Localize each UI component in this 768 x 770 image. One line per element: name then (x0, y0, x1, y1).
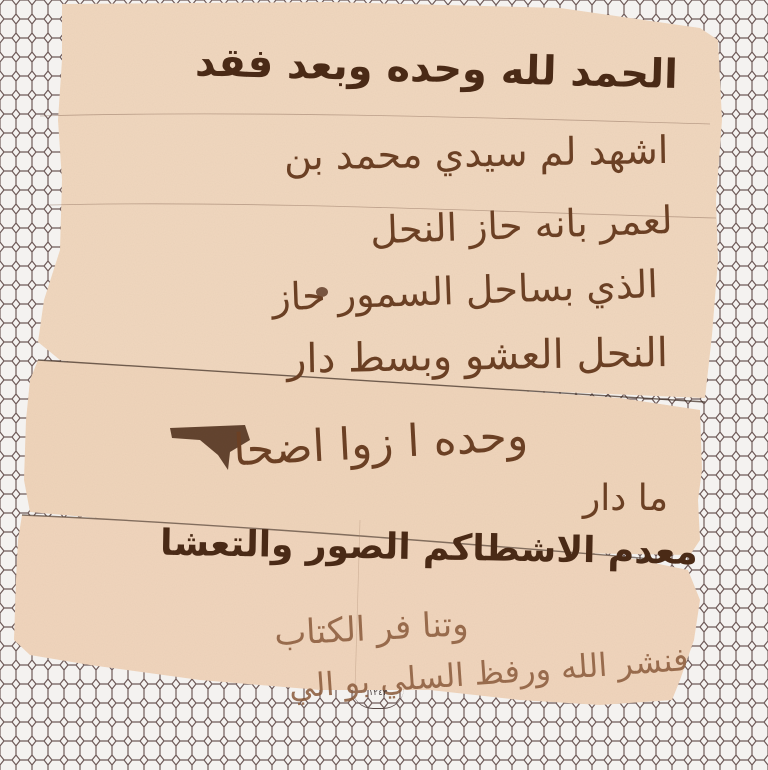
manuscript-line-2: اشهد لم سيدي محمد بن (283, 128, 668, 179)
manuscript-line-7: ما دار (583, 478, 668, 519)
manuscript-line-5: النحل العشو وبسط دار (287, 330, 669, 383)
manuscript-fragment: الحمد لله وحده وبعد فقد اشهد لم سيدي محم… (0, 0, 768, 770)
